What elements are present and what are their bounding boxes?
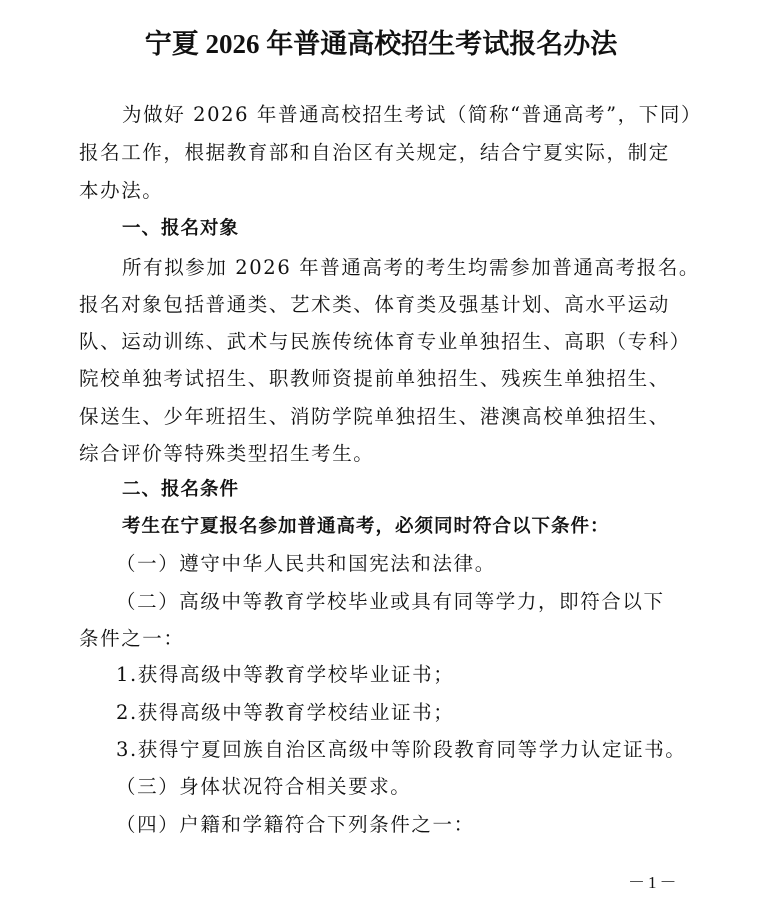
section1-line-4: 院校单独考试招生、职教师资提前单独招生、残疾生单独招生、 [79, 364, 689, 394]
intro-line-3: 本办法。 [79, 176, 689, 206]
section2-sub-3: 3.获得宁夏回族自治区高级中等阶段教育同等学力认定证书。 [116, 735, 726, 765]
section2-item-3: （三）身体状况符合相关要求。 [116, 772, 726, 802]
section2-item-2-line-2: 条件之一： [79, 624, 689, 654]
section2-heading: 二、报名条件 [122, 475, 732, 505]
section1-line-2: 报名对象包括普通类、艺术类、体育类及强基计划、高水平运动 [79, 290, 689, 320]
section2-sub-2: 2.获得高级中等教育学校结业证书； [116, 698, 726, 728]
section1-line-3: 队、运动训练、武术与民族传统体育专业单独招生、高职（专科） [79, 327, 689, 357]
intro-line-2: 报名工作，根据教育部和自治区有关规定，结合宁夏实际，制定 [79, 138, 689, 168]
intro-line-1: 为做好 2026 年普通高校招生考试（简称“普通高考”，下同） [122, 100, 732, 130]
section2-item-1: （一）遵守中华人民共和国宪法和法律。 [116, 549, 726, 579]
document-title: 宁夏 2026 年普通高校招生考试报名办法 [0, 22, 762, 61]
section2-item-2-line-1: （二）高级中等教育学校毕业或具有同等学力，即符合以下 [116, 587, 726, 617]
page-number: －1－ [628, 868, 680, 893]
section2-lead: 考生在宁夏报名参加普通高考，必须同时符合以下条件： [122, 512, 732, 542]
section1-line-1: 所有拟参加 2026 年普通高考的考生均需参加普通高考报名。 [122, 253, 732, 283]
section2-item-4: （四）户籍和学籍符合下列条件之一： [116, 810, 726, 840]
section1-line-5: 保送生、少年班招生、消防学院单独招生、港澳高校单独招生、 [79, 402, 689, 432]
section2-sub-1: 1.获得高级中等教育学校毕业证书； [116, 660, 726, 690]
section1-line-6: 综合评价等特殊类型招生考生。 [79, 439, 689, 469]
section1-heading: 一、报名对象 [122, 214, 732, 244]
